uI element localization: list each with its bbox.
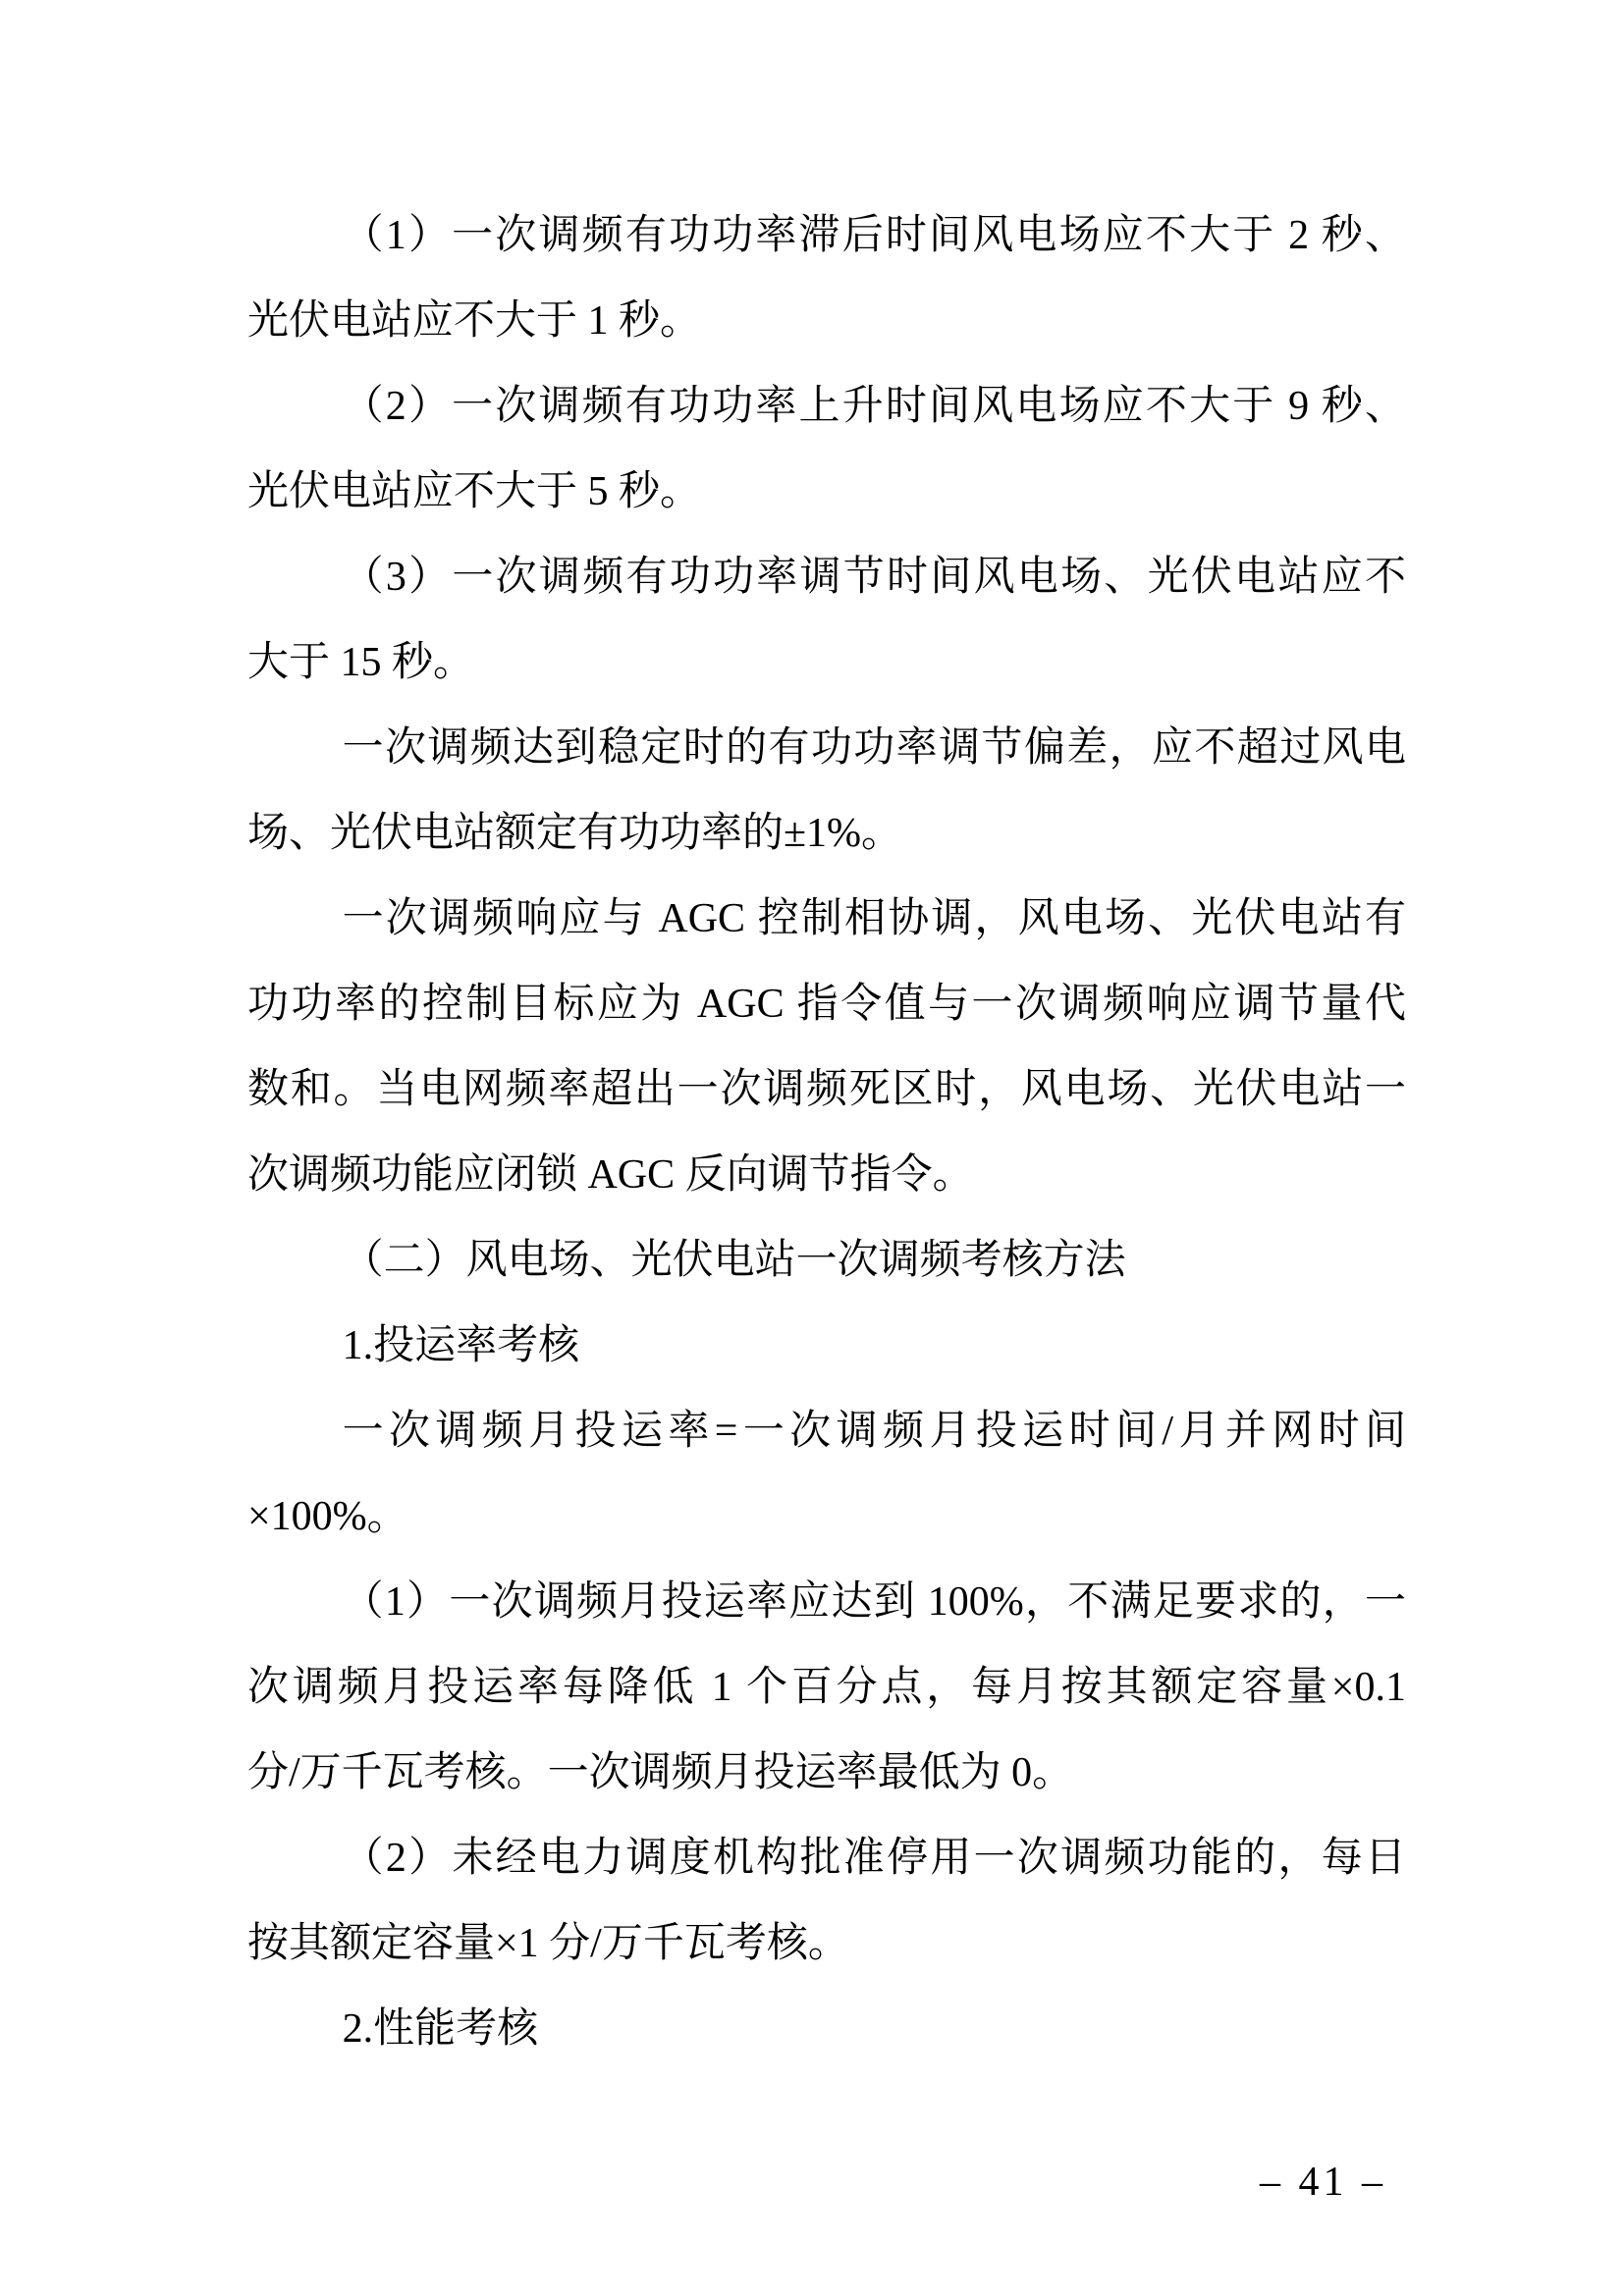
- document-page: （1）一次调频有功功率滞后时间风电场应不大于 2 秒、光伏电站应不大于 1 秒。…: [0, 0, 1624, 2296]
- text-line: 光伏电站应不大于 1 秒。: [247, 279, 1406, 364]
- text-line: 光伏电站应不大于 5 秒。: [247, 450, 1406, 535]
- text-line: 次调频功能应闭锁 AGC 反向调节指令。: [247, 1133, 1406, 1218]
- text-line: （3）一次调频有功功率调节时间风电场、光伏电站应不: [247, 535, 1406, 620]
- text-line: （1）一次调频有功功率滞后时间风电场应不大于 2 秒、: [247, 193, 1406, 279]
- text-line: 2.性能考核: [247, 1987, 1406, 2072]
- text-line: 数和。当电网频率超出一次调频死区时，风电场、光伏电站一: [247, 1047, 1406, 1133]
- page-number: – 41 –: [1260, 2158, 1386, 2207]
- text-line: 场、光伏电站额定有功功率的±1%。: [247, 791, 1406, 877]
- text-line: 大于 15 秒。: [247, 620, 1406, 706]
- text-line: ×100%。: [247, 1474, 1406, 1560]
- text-line: 次调频月投运率每降低 1 个百分点，每月按其额定容量×0.1: [247, 1645, 1406, 1731]
- text-line: 分/万千瓦考核。一次调频月投运率最低为 0。: [247, 1731, 1406, 1816]
- text-line: 一次调频达到稳定时的有功功率调节偏差，应不超过风电: [247, 706, 1406, 791]
- text-line: （2）一次调频有功功率上升时间风电场应不大于 9 秒、: [247, 364, 1406, 450]
- text-line: 功功率的控制目标应为 AGC 指令值与一次调频响应调节量代: [247, 962, 1406, 1047]
- text-line: 一次调频响应与 AGC 控制相协调，风电场、光伏电站有: [247, 877, 1406, 962]
- text-line: 一次调频月投运率=一次调频月投运时间/月并网时间: [247, 1389, 1406, 1474]
- text-line: 按其额定容量×1 分/万千瓦考核。: [247, 1901, 1406, 1987]
- document-body: （1）一次调频有功功率滞后时间风电场应不大于 2 秒、光伏电站应不大于 1 秒。…: [247, 193, 1406, 2072]
- text-line: （1）一次调频月投运率应达到 100%，不满足要求的，一: [247, 1560, 1406, 1645]
- text-line: （2）未经电力调度机构批准停用一次调频功能的，每日: [247, 1816, 1406, 1901]
- text-line: （二）风电场、光伏电站一次调频考核方法: [247, 1218, 1406, 1304]
- text-line: 1.投运率考核: [247, 1304, 1406, 1389]
